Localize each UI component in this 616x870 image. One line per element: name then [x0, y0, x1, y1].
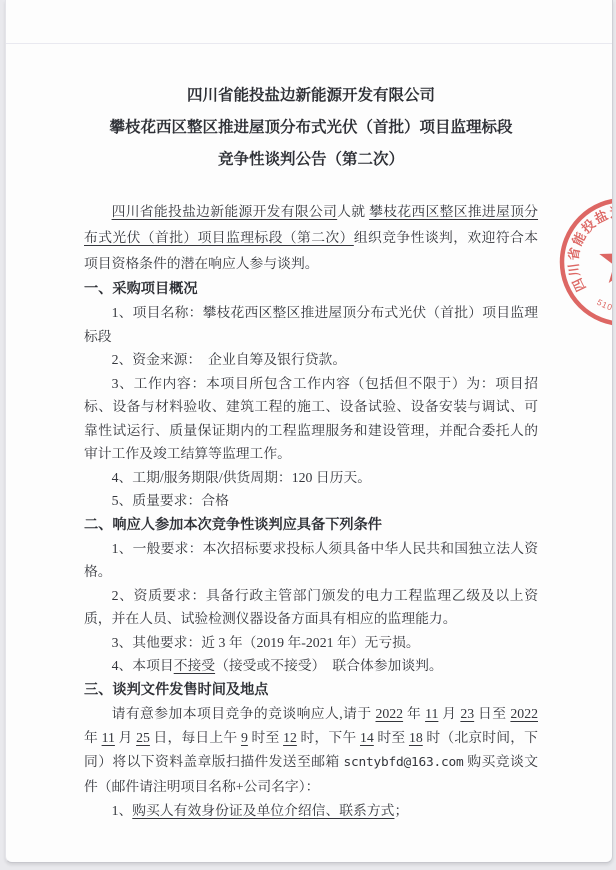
title-line-3: 竞争性谈判公告（第二次） — [84, 144, 538, 176]
scanned-document: 四川省能投盐边新能源开发有限公司 攀枝花西区整区推进屋顶分布式光伏（首批）项目监… — [0, 0, 616, 870]
title-line-2: 攀枝花西区整区推进屋顶分布式光伏（首批）项目监理标段 — [84, 112, 538, 144]
seal-code-text: 5104 — [595, 297, 613, 314]
section1-item-2: 2、资金来源： 企业自筹及银行贷款。 — [84, 348, 538, 372]
title-line-1: 四川省能投盐边新能源开发有限公司 — [84, 80, 538, 112]
section2-item-1: 1、一般要求：本次招标要求投标人须具备中华人民共和国独立法人资格。 — [84, 537, 538, 584]
seal-star-icon — [599, 236, 613, 283]
section1-item-1: 1、项目名称：攀枝花西区整区推进屋顶分布式光伏（首批）项目监理标段 — [84, 301, 538, 348]
section1-heading: 一、采购项目概况 — [84, 277, 538, 301]
intro-paragraph: 四川省能投盐边新能源开发有限公司人就 攀枝花西区整区推进屋顶分布式光伏（首批）项… — [84, 199, 538, 277]
section1-item-3: 3、工作内容：本项目所包含工作内容（包括但不限于）为：项目招标、设备与材料验收、… — [84, 372, 538, 466]
company-seal-stamp: 四川省能投盐边新能源开发有限公司 5104 — [554, 192, 613, 332]
section1-item-4: 4、工期/服务期限/供货周期：120 日历天。 — [84, 466, 538, 490]
scan-artifact-line — [6, 43, 612, 44]
section3-paragraph: 请有意参加本项目竞争的竞谈响应人,请于 2022 年 11 月 23 日至 20… — [84, 702, 538, 799]
document-content: 四川省能投盐边新能源开发有限公司 攀枝花西区整区推进屋顶分布式光伏（首批）项目监… — [84, 80, 538, 823]
section2-heading: 二、响应人参加本次竞争性谈判应具备下列条件 — [84, 513, 538, 537]
document-page: 四川省能投盐边新能源开发有限公司 攀枝花西区整区推进屋顶分布式光伏（首批）项目监… — [5, 0, 613, 863]
section3-item-1: 1、购买人有效身份证及单位介绍信、联系方式； — [84, 799, 538, 823]
document-title: 四川省能投盐边新能源开发有限公司 攀枝花西区整区推进屋顶分布式光伏（首批）项目监… — [84, 80, 538, 176]
section3-heading: 三、谈判文件发售时间及地点 — [84, 678, 538, 702]
section2-item-4: 4、本项目不接受（接受或不接受） 联合体参加谈判。 — [84, 654, 538, 678]
section2-item-3: 3、其他要求：近 3 年（2019 年-2021 年）无亏损。 — [84, 631, 538, 655]
section2-item-2: 2、资质要求：具备行政主管部门颁发的电力工程监理乙级及以上资质，并在人员、试验检… — [84, 584, 538, 631]
section1-item-5: 5、质量要求：合格 — [84, 489, 538, 513]
